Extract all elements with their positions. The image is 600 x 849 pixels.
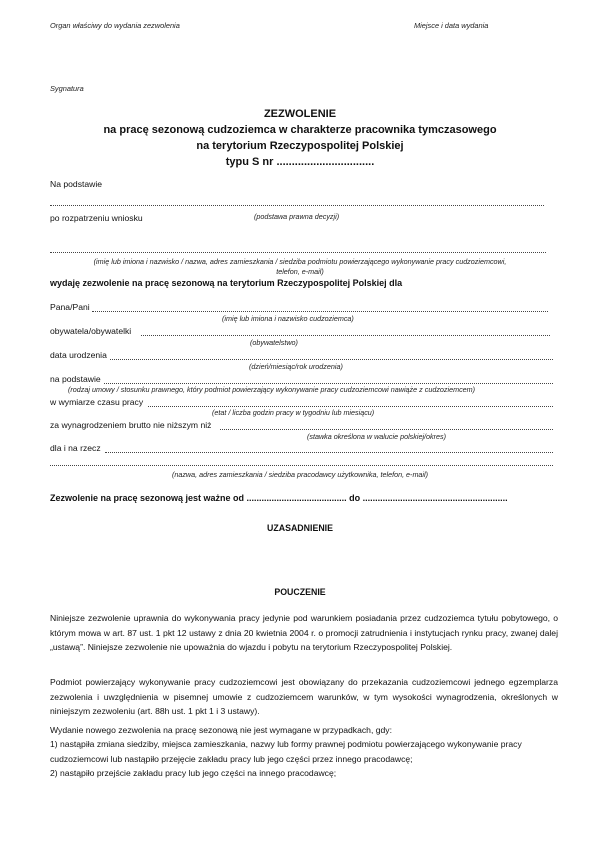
legal-basis-hint: (podstawa prawna decyzji) bbox=[254, 212, 339, 221]
field-hint: (nazwa, adres zamieszkania / siedziba pr… bbox=[40, 470, 560, 479]
field-input-line[interactable] bbox=[148, 406, 553, 407]
document-subtitle-2: na terytorium Rzeczypospolitej Polskiej bbox=[0, 140, 600, 152]
field-input-line[interactable] bbox=[92, 311, 548, 312]
po-rozpatrzeniu-label: po rozpatrzeniu wniosku bbox=[50, 213, 143, 223]
field-input-line[interactable] bbox=[220, 429, 553, 430]
field-hint: (etat / liczba godzin pracy w tygodniu l… bbox=[212, 408, 374, 417]
na-podstawie-label: Na podstawie bbox=[50, 179, 102, 189]
instruction-paragraph-1: Niniejsze zezwolenie uprawnia do wykonyw… bbox=[50, 611, 558, 655]
field-input-line[interactable] bbox=[110, 359, 553, 360]
issuing-authority-label: Organ właściwy do wydania zezwolenia bbox=[50, 21, 180, 30]
document-title: ZEZWOLENIE bbox=[0, 108, 600, 120]
field-hint: (imię lub imiona i nazwisko cudzoziemca) bbox=[222, 314, 354, 323]
entity-field[interactable] bbox=[50, 252, 546, 253]
instruction-paragraph-3: Wydanie nowego zezwolenia na pracę sezon… bbox=[50, 723, 570, 738]
justification-heading: UZASADNIENIE bbox=[0, 523, 600, 533]
field-label: Pana/Pani bbox=[50, 302, 90, 312]
signature-label: Sygnatura bbox=[50, 84, 84, 93]
entity-hint-line1: (imię lub imiona i nazwisko / nazwa, adr… bbox=[40, 257, 560, 266]
field-hint: (obywatelstwo) bbox=[250, 338, 298, 347]
document-subtitle-1: na pracę sezonową cudzoziemca w charakte… bbox=[0, 124, 600, 136]
field-input-line[interactable] bbox=[105, 452, 553, 453]
field-label: data urodzenia bbox=[50, 350, 107, 360]
exception-item-2: 2) nastąpiło przejście zakładu pracy lub… bbox=[50, 766, 570, 781]
entity-hint-line2: telefon, e-mail) bbox=[40, 267, 560, 276]
exception-item-1: 1) nastąpiła zmiana siedziby, miejsca za… bbox=[50, 737, 570, 766]
field-input-line-continued[interactable] bbox=[50, 465, 553, 466]
field-input-line[interactable] bbox=[141, 335, 550, 336]
field-input-line[interactable] bbox=[104, 383, 553, 384]
field-label: obywatela/obywatelki bbox=[50, 326, 131, 336]
field-label: w wymiarze czasu pracy bbox=[50, 397, 143, 407]
field-hint: (stawka określona w walucie polskiej/okr… bbox=[307, 432, 446, 441]
instruction-heading: POUCZENIE bbox=[0, 587, 600, 597]
permit-number[interactable]: typu S nr ..............................… bbox=[0, 156, 600, 168]
place-date-label: Miejsce i data wydania bbox=[414, 21, 488, 30]
validity-period[interactable]: Zezwolenie na pracę sezonową jest ważne … bbox=[50, 493, 508, 503]
field-label: na podstawie bbox=[50, 374, 101, 384]
field-hint: (rodzaj umowy / stosunku prawnego, który… bbox=[68, 385, 475, 394]
field-hint: (dzień/miesiąc/rok urodzenia) bbox=[249, 362, 343, 371]
field-label: dla i na rzecz bbox=[50, 443, 101, 453]
instruction-paragraph-2: Podmiot powierzający wykonywanie pracy c… bbox=[50, 675, 558, 719]
field-label: za wynagrodzeniem brutto nie niższym niż bbox=[50, 420, 211, 430]
issue-statement: wydaję zezwolenie na pracę sezonową na t… bbox=[50, 278, 402, 288]
legal-basis-field[interactable] bbox=[50, 205, 544, 206]
